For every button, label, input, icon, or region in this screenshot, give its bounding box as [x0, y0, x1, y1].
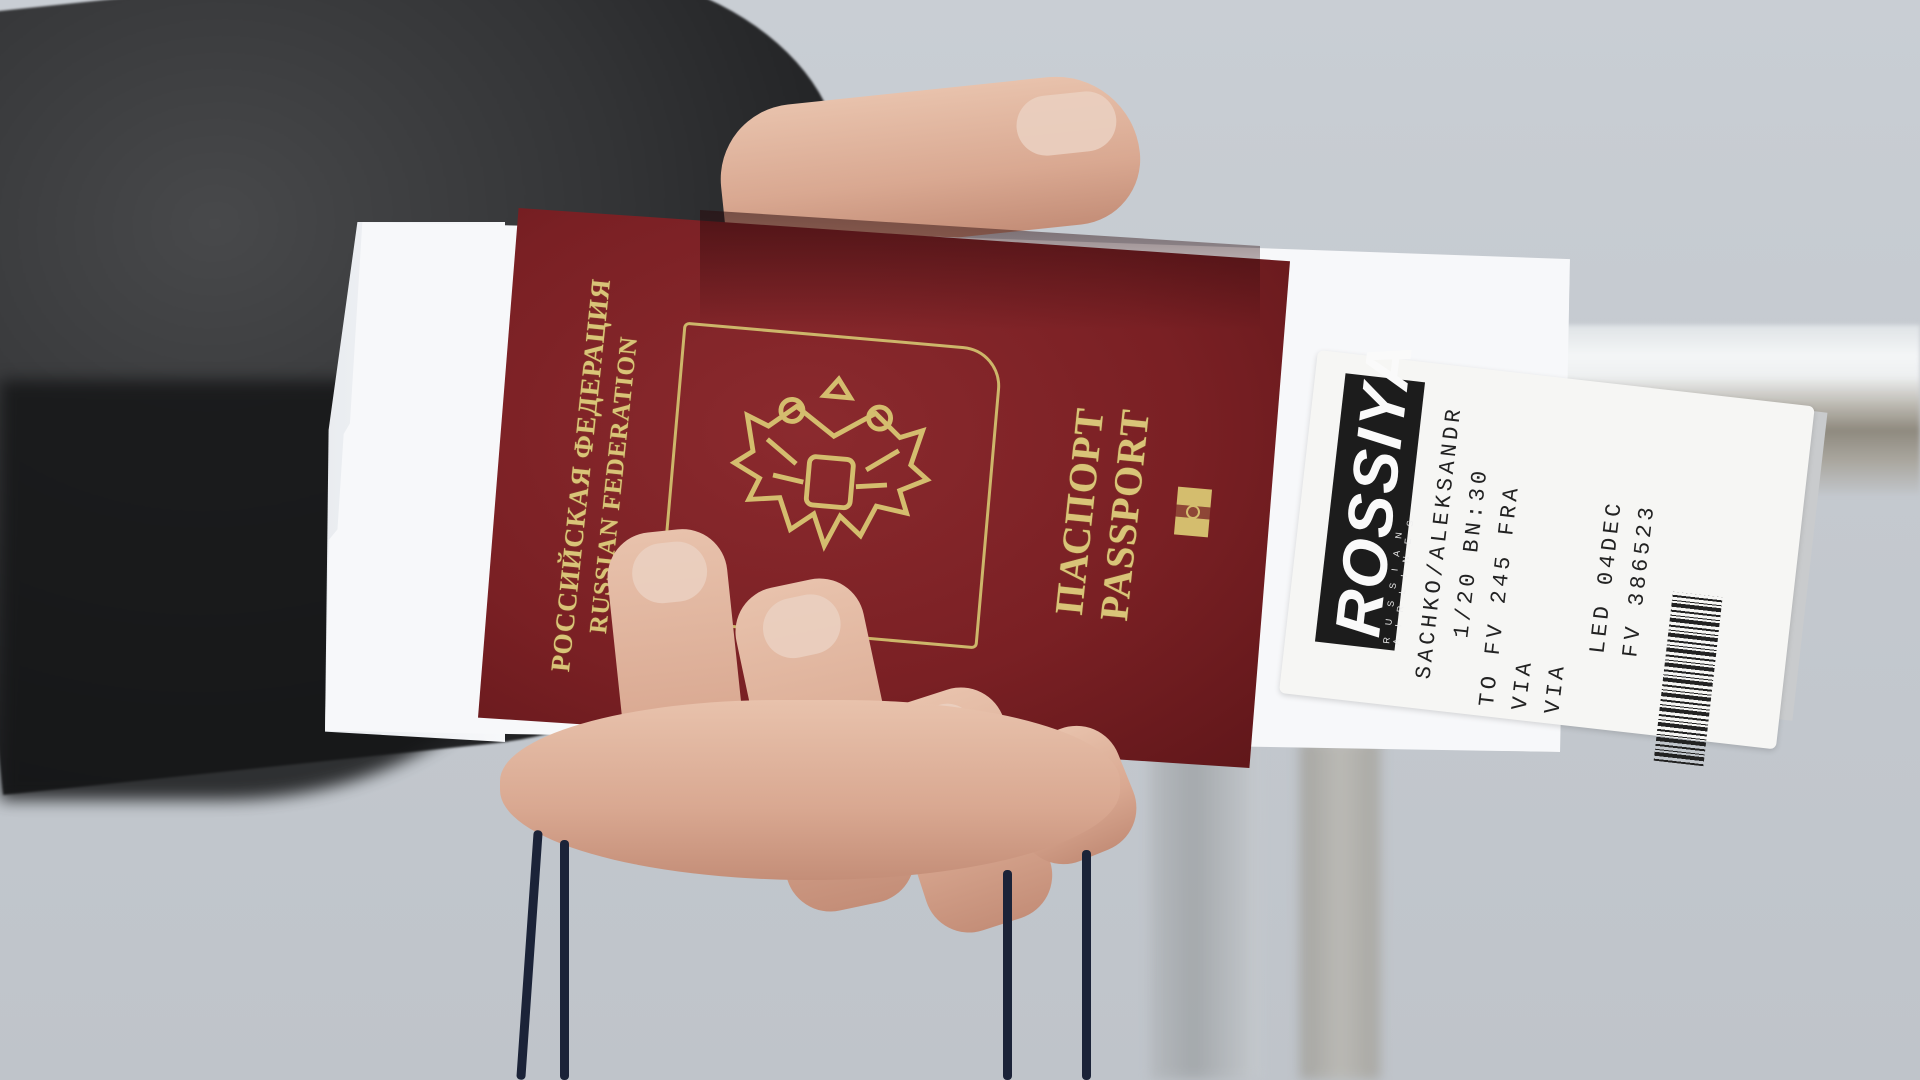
airline-logo: ROSSIYA RUSSIAN AIRLINES [1315, 373, 1425, 650]
tag-line-via2: VIA [1540, 661, 1571, 715]
biometric-chip-icon [1173, 486, 1213, 539]
background-pillar [1300, 740, 1380, 1080]
tag-line-via: VIA [1508, 657, 1539, 711]
lanyard-cord [516, 830, 542, 1080]
lanyard-cord [1082, 850, 1091, 1080]
bag-tag-sticker: ROSSIYA RUSSIAN AIRLINES SACHKO/ALEKSAND… [1279, 350, 1815, 749]
background-pillar [1150, 740, 1260, 1080]
knuckles [500, 700, 1120, 880]
lanyard-cord [560, 840, 569, 1080]
thumb-shadow [700, 210, 1260, 330]
lanyard-cord [1003, 870, 1012, 1080]
